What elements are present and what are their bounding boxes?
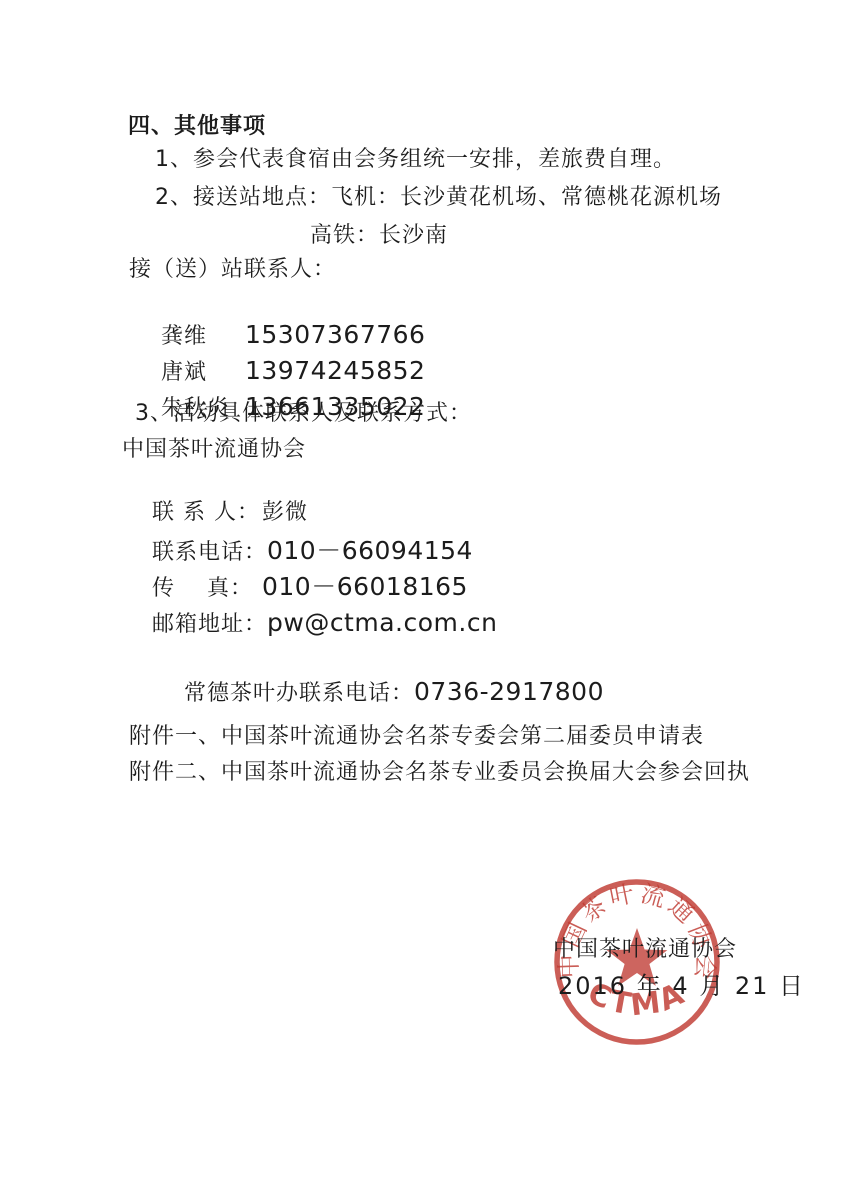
org-name: 中国茶叶流通协会 (122, 436, 306, 464)
pickup-contacts-heading: 接（送）站联系人： (129, 256, 336, 284)
field-label: 邮箱地址： (152, 611, 267, 639)
changde-phone-line: 常德茶叶办联系电话：0736-2917800 (152, 648, 604, 735)
list-item-3: 3、活动具体联系人及联系方式： (135, 400, 472, 428)
list-item-2: 2、接送站地点：飞机：长沙黄花机场、常德桃花源机场 (155, 184, 722, 212)
signature-date: 2016 年 4 月 21 日 (558, 971, 805, 1001)
section-heading: 四、其他事项 (128, 113, 266, 141)
list-item-2-continuation: 高铁：长沙南 (310, 222, 448, 250)
signature-org: 中国茶叶流通协会 (553, 936, 737, 964)
field-value: pw@ctma.com.cn (267, 608, 497, 637)
changde-phone: 0736-2917800 (414, 677, 604, 706)
attachment-item-1: 附件一、中国茶叶流通协会名茶专委会第二届委员申请表 (129, 723, 704, 751)
list-item-1: 1、参会代表食宿由会务组统一安排，差旅费自理。 (155, 146, 676, 174)
changde-label: 常德茶叶办联系电话： (184, 681, 414, 706)
document-page: 四、其他事项 1、参会代表食宿由会务组统一安排，差旅费自理。 2、接送站地点：飞… (0, 0, 850, 1201)
attachment-item-2: 附件二、中国茶叶流通协会名茶专业委员会换届大会参会回执 (129, 759, 750, 787)
